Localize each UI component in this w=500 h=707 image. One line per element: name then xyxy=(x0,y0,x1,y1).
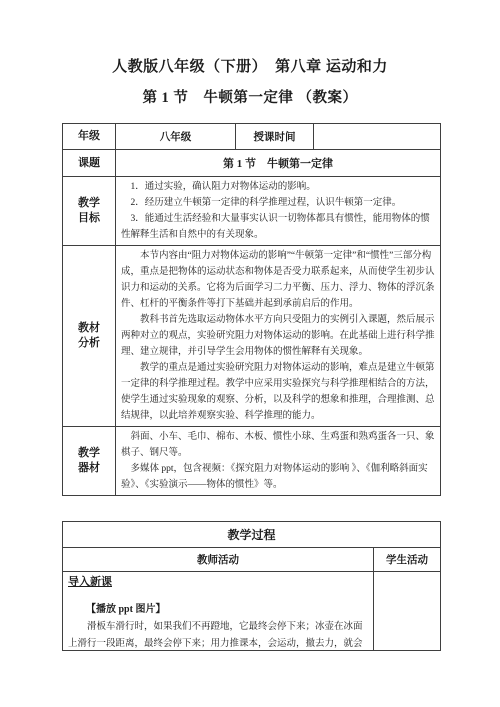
topic-value: 第 1 节 牛顿第一定律 xyxy=(223,158,333,170)
equipment-label-cell: 教学器材 xyxy=(63,427,116,496)
analysis-paragraph: 教学的重点是通过实验研究阻力对物体运动的影响，难点是建立牛顿第一定律的科学推理过… xyxy=(121,360,435,424)
ppt-caption: 【播放 ppt 图片】 xyxy=(68,601,368,618)
student-activity-header: 学生活动 xyxy=(386,555,428,566)
equipment-label: 教学器材 xyxy=(76,446,101,476)
table-row: 教学器材 斜面、小车、毛巾、棉布、木板、惯性小球、生鸡蛋和熟鸡蛋各一只、象棋子、… xyxy=(63,427,441,496)
teacher-activity-header: 教师活动 xyxy=(197,555,239,566)
table-row: 教学过程 xyxy=(63,522,441,548)
process-title: 教学过程 xyxy=(228,528,276,542)
document-page: 人教版八年级（下册） 第八章 运动和力 第 1 节 牛顿第一定律 （教案） 年级… xyxy=(0,0,500,707)
equipment-paragraph: 多媒体 ppt，包含视频：《探究阻力对物体运动的影响 》、《伽利略斜面实验》、《… xyxy=(121,461,435,493)
goal-item: 1．通过实验，确认阻力对物体运动的影响。 xyxy=(121,179,435,195)
goal-item: 2．经历建立牛顿第一定律的科学推理过程，认识牛顿第一定律。 xyxy=(121,195,435,211)
teacher-activity-header-cell: 教师活动 xyxy=(63,548,374,572)
time-label: 授课时间 xyxy=(254,132,296,143)
table-row: 年级 八年级 授课时间 xyxy=(63,124,441,150)
lesson-intro-block: 导入新课 【播放 ppt 图片】 滑板车滑行时，如果我们不再蹬地，它最终会停下来… xyxy=(68,574,368,648)
goals-label-cell: 教学目标 xyxy=(63,177,116,246)
table-row: 教学目标 1．通过实验，确认阻力对物体运动的影响。 2．经历建立牛顿第一定律的科… xyxy=(63,177,441,246)
analysis-label: 教材分析 xyxy=(76,321,101,351)
grade-label: 年级 xyxy=(78,130,100,142)
student-activity-content-cell xyxy=(374,572,441,651)
grade-value: 八年级 xyxy=(160,132,192,143)
table-row: 导入新课 【播放 ppt 图片】 滑板车滑行时，如果我们不再蹬地，它最终会停下来… xyxy=(63,572,441,651)
topic-label: 课题 xyxy=(78,157,100,169)
analysis-label-cell: 教材分析 xyxy=(63,246,116,427)
time-value-cell xyxy=(314,124,441,150)
analysis-paragraph: 教科书首先选取运动物体水平方向只受阻力的实例引入课题，然后展示两种对立的观点，实… xyxy=(121,312,435,360)
grade-label-cell: 年级 xyxy=(63,124,116,150)
teacher-activity-content-cell: 导入新课 【播放 ppt 图片】 滑板车滑行时，如果我们不再蹬地，它最终会停下来… xyxy=(63,572,374,651)
table-row: 教材分析 本节内容由“阻力对物体运动的影响”“牛顿第一定律”和“惯性”三部分构成… xyxy=(63,246,441,427)
goals-label: 教学目标 xyxy=(76,196,101,226)
table-row: 教师活动 学生活动 xyxy=(63,548,441,572)
section-heading: 导入新课 xyxy=(68,574,368,591)
intro-paragraph: 滑板车滑行时，如果我们不再蹬地，它最终会停下来；冰壶在冰面上滑行一段距离，最终会… xyxy=(68,619,368,648)
time-label-cell: 授课时间 xyxy=(236,124,314,150)
topic-value-cell: 第 1 节 牛顿第一定律 xyxy=(116,150,441,177)
doc-subtitle: 第 1 节 牛顿第一定律 （教案） xyxy=(0,88,500,108)
doc-title: 人教版八年级（下册） 第八章 运动和力 xyxy=(0,57,500,77)
grade-value-cell: 八年级 xyxy=(116,124,236,150)
lesson-info-table: 年级 八年级 授课时间 课题 第 1 节 牛顿第一定律 教学目标 1．通过实验，… xyxy=(62,123,441,496)
goals-content-cell: 1．通过实验，确认阻力对物体运动的影响。 2．经历建立牛顿第一定律的科学推理过程… xyxy=(116,177,441,246)
equipment-paragraph: 斜面、小车、毛巾、棉布、木板、惯性小球、生鸡蛋和熟鸡蛋各一只、象棋子、钢尺等。 xyxy=(121,429,435,461)
analysis-content-cell: 本节内容由“阻力对物体运动的影响”“牛顿第一定律”和“惯性”三部分构成，重点是把… xyxy=(116,246,441,427)
teaching-process-table: 教学过程 教师活动 学生活动 导入新课 【播放 ppt 图片】 滑板车滑行时，如… xyxy=(62,521,441,651)
topic-label-cell: 课题 xyxy=(63,150,116,177)
equipment-content-cell: 斜面、小车、毛巾、棉布、木板、惯性小球、生鸡蛋和熟鸡蛋各一只、象棋子、钢尺等。 … xyxy=(116,427,441,496)
table-row: 课题 第 1 节 牛顿第一定律 xyxy=(63,150,441,177)
analysis-paragraph: 本节内容由“阻力对物体运动的影响”“牛顿第一定律”和“惯性”三部分构成，重点是把… xyxy=(121,248,435,312)
process-title-cell: 教学过程 xyxy=(63,522,441,548)
goal-item: 3．能通过生活经验和大量事实认识一切物体都具有惯性，能用物体的惯性解释生活和自然… xyxy=(121,211,435,243)
student-activity-header-cell: 学生活动 xyxy=(374,548,441,572)
